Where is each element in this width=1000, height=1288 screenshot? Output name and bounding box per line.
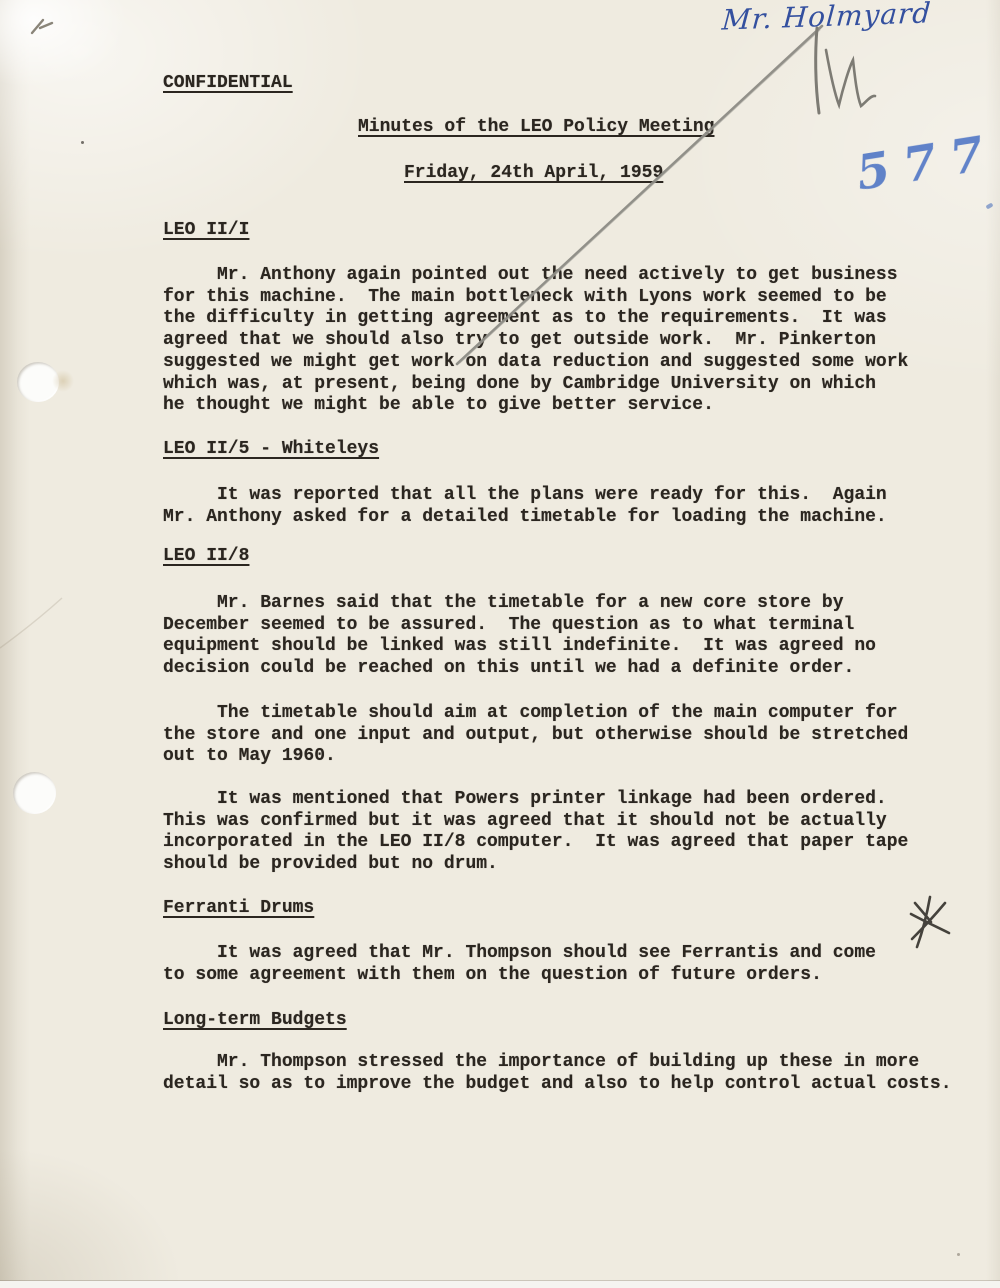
section-heading-leo-ii-5-whiteleys: LEO II/5 - Whiteleys — [163, 439, 379, 461]
handwritten-name-annotation: Mr. Holmyard — [721, 0, 933, 41]
paper-crease — [0, 598, 62, 648]
blue-speck — [985, 203, 993, 210]
paper-smudge — [52, 370, 74, 392]
classification-stamp: CONFIDENTIAL — [163, 73, 293, 95]
section-heading-leo-ii-1: LEO II/I — [163, 220, 249, 242]
paragraph-leo-ii-5: It was reported that all the plans were … — [163, 485, 887, 528]
paper-bottom-edge — [0, 1281, 1000, 1288]
section-heading-long-term-budgets: Long-term Budgets — [163, 1010, 347, 1032]
paragraph-leo-ii-8-core-store: Mr. Barnes said that the timetable for a… — [163, 593, 876, 680]
paragraph-leo-ii-8-timetable: The timetable should aim at completion o… — [163, 703, 908, 768]
document-date: Friday, 24th April, 1959 — [404, 163, 663, 185]
pencil-initial-mark — [816, 28, 875, 113]
ink-speck — [81, 141, 84, 144]
handwritten-page-number: 577 — [852, 122, 1000, 204]
paragraph-leo-ii-1: Mr. Anthony again pointed out the need a… — [163, 265, 908, 417]
pencil-star-mark — [911, 897, 949, 947]
paragraph-leo-ii-8-powers-printer: It was mentioned that Powers printer lin… — [163, 789, 908, 876]
paragraph-long-term-budgets: Mr. Thompson stressed the importance of … — [163, 1052, 952, 1095]
section-heading-leo-ii-8: LEO II/8 — [163, 546, 249, 568]
document-title: Minutes of the LEO Policy Meeting — [358, 117, 714, 139]
torn-corner-patch — [0, 0, 170, 130]
section-heading-ferranti-drums: Ferranti Drums — [163, 898, 314, 920]
paragraph-ferranti-drums: It was agreed that Mr. Thompson should s… — [163, 943, 876, 986]
scanned-document-page: CONFIDENTIAL Minutes of the LEO Policy M… — [0, 0, 1000, 1288]
punch-hole-bottom — [13, 772, 56, 814]
paper-speck — [957, 1253, 960, 1256]
